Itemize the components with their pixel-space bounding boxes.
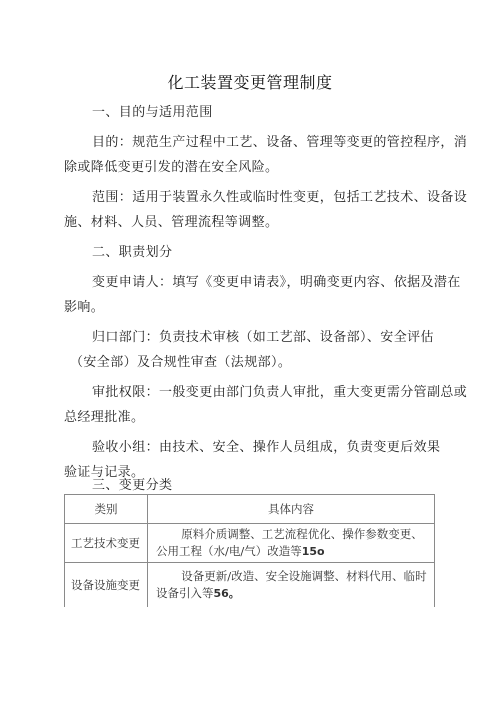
table-header-category: 类别 [65, 495, 148, 524]
paragraph-purpose-line1: 目的：规范生产过程中工艺、设备、管理等变更的管控程序，消 [92, 131, 435, 150]
paragraph-acceptance-line1: 验收小组：由技术、安全、操作人员组成，负责变更后效果 [92, 436, 404, 455]
section-heading-1: 一、目的与适用范围 [92, 101, 213, 120]
paragraph-applicant-line2: 影响。 [64, 296, 104, 315]
paragraph-scope-line2: 施、材料、人员、管理流程等调整。 [64, 211, 278, 230]
content-text: 原料介质调整、工艺流程优化、操作参数变更、公用工程（水/电/气）改造等 [156, 527, 423, 558]
reference-marker: 15o [302, 545, 325, 558]
table-cell-category: 设备设施变更 [65, 563, 148, 608]
table-header-content: 具体内容 [148, 495, 435, 524]
paragraph-department-line1: 归口部门：负责技术审核（如工艺部、设备部）、安全评估 [92, 326, 412, 345]
paragraph-approval-line1: 审批权限：一般变更由部门负责人审批，重大变更需分管副总或 [92, 381, 435, 400]
table-cell-content: 原料介质调整、工艺流程优化、操作参数变更、公用工程（水/电/气）改造等15o [148, 524, 435, 563]
table-header-row: 类别 具体内容 [65, 495, 435, 524]
paragraph-applicant-line1: 变更申请人：填写《变更申请表》，明确变更内容、依据及潜在 [92, 271, 435, 290]
paragraph-department-line2: （安全部）及合规性审查（法规部）。 [70, 351, 291, 370]
paragraph-scope-line1: 范围：适用于装置永久性或临时性变更，包括工艺技术、设备设 [92, 186, 435, 205]
table-row: 工艺技术变更 原料介质调整、工艺流程优化、操作参数变更、公用工程（水/电/气）改… [65, 524, 435, 563]
reference-marker: 56。 [214, 587, 240, 600]
document-title: 化工装置变更管理制度 [0, 70, 500, 93]
table-cell-content: 设备更新/改造、安全设施调整、材料代用、临时设备引入等56。 [148, 563, 435, 608]
table-cell-category: 工艺技术变更 [65, 524, 148, 563]
change-classification-table: 类别 具体内容 工艺技术变更 原料介质调整、工艺流程优化、操作参数变更、公用工程… [64, 494, 435, 607]
section-heading-3: 三、变更分类 [92, 474, 172, 493]
paragraph-approval-line2: 总经理批准。 [64, 406, 144, 425]
content-text: 设备更新/改造、安全设施调整、材料代用、临时设备引入等 [156, 569, 427, 600]
section-heading-2: 二、职责划分 [92, 241, 172, 260]
document-page: 化工装置变更管理制度 一、目的与适用范围 目的：规范生产过程中工艺、设备、管理等… [0, 0, 500, 707]
paragraph-purpose-line2: 除或降低变更引发的潜在安全风险。 [64, 156, 278, 175]
table-row: 设备设施变更 设备更新/改造、安全设施调整、材料代用、临时设备引入等56。 [65, 563, 435, 608]
